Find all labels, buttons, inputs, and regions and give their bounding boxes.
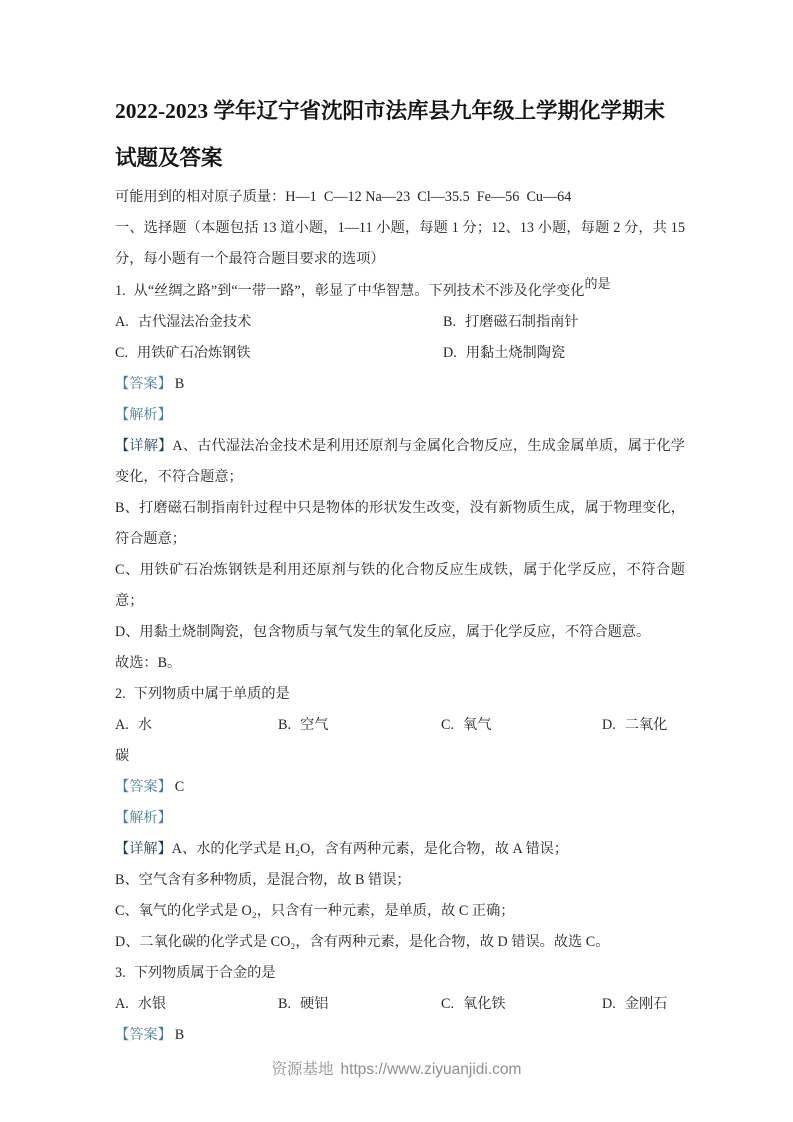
analysis-tag: 【解析】	[115, 810, 172, 826]
question-2-detail-d: D、二氧化碳的化学式是 CO₂，含有两种元素，是化合物，故 D 错误。故选 C。	[115, 927, 685, 958]
atomic-mass-note: 可能用到的相对原子质量：H—1 C—12 Na—23 Cl—35.5 Fe—56…	[115, 182, 685, 213]
question-1-detail-a: 【详解】A、古代湿法冶金技术是利用还原剂与金属化合物反应，生成金属单质，属于化学…	[115, 431, 685, 493]
question-1-option-d: D.用黏土烧制陶瓷	[443, 345, 565, 361]
question-2-detail-a: 【详解】A、水的化学式是 H₂O，含有两种元素，是化合物，故 A 错误；	[115, 834, 685, 865]
question-1-detail-d: D、用黏土烧制陶瓷，包含物质与氧气发生的氧化反应，属于化学反应，不符合题意。	[115, 617, 685, 648]
page-footer: 资源基地https://www.ziyuanjidi.com	[0, 1057, 793, 1079]
question-1-option-b: B.打磨磁石制指南针	[443, 314, 579, 330]
question-1-answer-letter: B	[175, 376, 184, 392]
question-1-detail-c: C、用铁矿石冶炼钢铁是利用还原剂与铁的化合物反应生成铁，属于化学反应，不符合题意…	[115, 555, 685, 617]
document-title: 2022-2023 学年辽宁省沈阳市法库县九年级上学期化学期末 试题及答案	[115, 88, 685, 182]
answer-tag: 【答案】	[115, 376, 172, 392]
question-2-analysis-tag: 【解析】	[115, 803, 685, 834]
question-1-answer: 【答案】B	[115, 369, 685, 400]
question-1-analysis-tag: 【解析】	[115, 400, 685, 431]
answer-tag: 【答案】	[115, 1027, 172, 1043]
question-3-option-d: D.金刚石	[602, 996, 667, 1012]
title-line-2: 试题及答案	[115, 135, 685, 182]
detail-tag: 【详解】	[115, 438, 172, 454]
answer-tag: 【答案】	[115, 779, 172, 795]
question-3-text: 下列物质属于合金的是	[134, 965, 276, 981]
question-3-number: 3.	[115, 965, 126, 981]
document-page: 2022-2023 学年辽宁省沈阳市法库县九年级上学期化学期末 试题及答案 可能…	[115, 0, 685, 1051]
question-1-options-row-2: C.用铁矿石冶炼钢铁D.用黏土烧制陶瓷	[115, 338, 677, 369]
question-3-option-b: B.硬铝	[278, 989, 441, 1020]
question-2-option-b: B.空气	[278, 710, 441, 741]
question-1-number: 1.	[115, 283, 126, 299]
question-2-option-a: A.水	[115, 710, 278, 741]
question-1-detail-b: B、打磨磁石制指南针过程中只是物体的形状发生改变，没有新物质生成，属于物理变化，…	[115, 493, 685, 555]
question-3-stem: 3.下列物质属于合金的是	[115, 958, 685, 989]
question-3-answer: 【答案】B	[115, 1020, 685, 1051]
question-1-conclusion: 故选：B。	[115, 648, 685, 679]
question-2-answer-letter: C	[175, 779, 184, 795]
question-3-options: A.水银B.硬铝C.氧化铁D.金刚石	[115, 989, 677, 1020]
question-3-option-a: A.水银	[115, 989, 278, 1020]
title-line-1: 2022-2023 学年辽宁省沈阳市法库县九年级上学期化学期末	[115, 88, 685, 135]
question-1-stem-raised: 的是	[584, 276, 610, 291]
question-2-text: 下列物质中属于单质的是	[134, 686, 290, 702]
section-heading: 一、选择题（本题包括 13 道小题，1—11 小题，每题 1 分；12、13 小…	[115, 213, 685, 275]
question-2-answer: 【答案】C	[115, 772, 685, 803]
question-1-stem: 1.从“丝绸之路”到“一带一路”，彰显了中华智慧。下列技术不涉及化学变化的是	[115, 275, 685, 307]
question-1-option-c: C.用铁矿石冶炼钢铁	[115, 338, 443, 369]
question-2-option-c: C.氧气	[441, 710, 602, 741]
footer-site-name: 资源基地	[272, 1061, 334, 1078]
analysis-tag: 【解析】	[115, 407, 172, 423]
question-2-detail-c: C、氧气的化学式是 O₂，只含有一种元素，是单质，故 C 正确；	[115, 896, 685, 927]
question-3-option-c: C.氧化铁	[441, 989, 602, 1020]
question-2-number: 2.	[115, 686, 126, 702]
question-1-text: 从“丝绸之路”到“一带一路”，彰显了中华智慧。下列技术不涉及化学变化	[134, 283, 585, 299]
detail-tag: 【详解】	[115, 841, 172, 857]
question-2-stem: 2.下列物质中属于单质的是	[115, 679, 685, 710]
question-3-answer-letter: B	[175, 1027, 184, 1043]
question-2-detail-b: B、空气含有多种物质，是混合物，故 B 错误；	[115, 865, 685, 896]
question-1-option-a: A.古代湿法冶金技术	[115, 307, 443, 338]
question-2-options: A.水B.空气C.氧气D.二氧化碳	[115, 710, 677, 772]
question-1-options-row-1: A.古代湿法冶金技术B.打磨磁石制指南针	[115, 307, 677, 338]
footer-site-url[interactable]: https://www.ziyuanjidi.com	[341, 1061, 522, 1078]
